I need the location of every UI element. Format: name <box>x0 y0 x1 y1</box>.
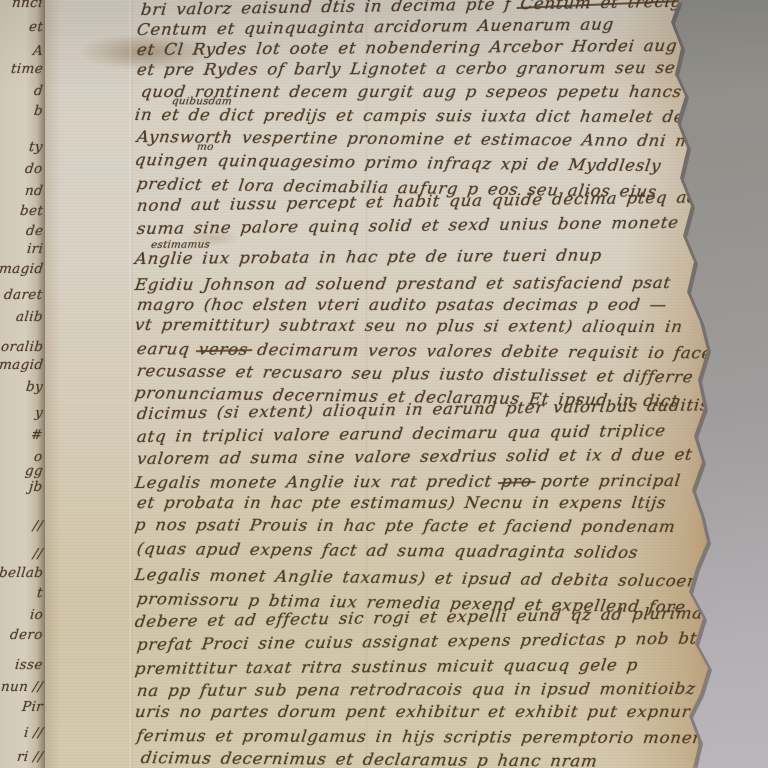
handwritten-line: earuq veros decimarum veros valores debi… <box>136 339 733 363</box>
handwritten-fragment: nd <box>24 183 44 199</box>
handwritten-fragment: i // <box>23 725 44 741</box>
handwritten-fragment: nnci <box>11 0 44 11</box>
handwritten-fragment: A <box>32 43 44 59</box>
interlinear-insertion: quibusdam <box>171 96 232 107</box>
handwritten-fragment: bet <box>19 203 44 219</box>
handwritten-fragment: y <box>34 405 44 421</box>
handwritten-fragment: // <box>32 546 44 562</box>
handwritten-fragment: magid <box>0 261 44 277</box>
handwritten-fragment: time <box>10 61 44 77</box>
photo-frame: nncietAtimedbtydondbetdeirimagiddaretali… <box>0 0 768 768</box>
handwritten-line: Legalis monete Anglie iux rat predict pr… <box>134 471 682 492</box>
handwritten-line: uris no partes dorum pent exhibitur et e… <box>134 702 692 721</box>
handwritten-line: quingen quinquagesimo primo infraqz xpi … <box>134 150 663 175</box>
facing-page-edge: nncietAtimedbtydondbetdeirimagiddaretali… <box>0 0 46 768</box>
interlinear-insertion: mo <box>196 142 214 153</box>
handwritten-fragment: b <box>33 103 44 119</box>
handwritten-fragment: magid <box>0 357 44 373</box>
handwritten-line: prefat Proci sine cuius assignat expens … <box>136 629 698 654</box>
handwritten-line: in et de dict predijs et campis suis iux… <box>134 105 708 126</box>
handwritten-fragment: iri <box>26 241 44 257</box>
fold-crease-left <box>129 0 133 768</box>
handwritten-line: vt premittitur) subtraxt seu no plus si … <box>134 315 684 336</box>
handwritten-line: premittitur taxat ritra sustinus micuit … <box>134 655 639 678</box>
handwritten-fragment: t <box>36 585 44 601</box>
handwritten-fragment: dero <box>9 627 43 643</box>
handwritten-fragment: gg <box>24 463 44 479</box>
handwritten-line: et pre Rydes of barly Lignotet a cerbo g… <box>136 58 717 79</box>
handwritten-fragment: ri // <box>16 749 44 765</box>
handwritten-line: dicimus decernimus et declaramus p hanc … <box>140 748 599 768</box>
handwritten-line: na pp futur sub pena retrodracois qua in… <box>136 679 697 700</box>
handwritten-fragment: isse <box>14 657 43 673</box>
handwritten-fragment: et <box>28 19 44 35</box>
handwritten-fragment: do <box>25 161 44 177</box>
interlinear-insertion: estimamus <box>150 239 210 250</box>
handwritten-line: p nos psati Prouis in hac pte facte et f… <box>134 515 677 536</box>
handwritten-line: atq in triplici valore earund decimaru q… <box>136 421 667 446</box>
handwritten-line: Centum et quinquaginta arcidorum Auenaru… <box>136 15 615 39</box>
handwritten-fragment: by <box>25 379 44 395</box>
handwritten-fragment: # <box>30 427 43 443</box>
handwritten-line: magro (hoc elsten vteri audito psatas de… <box>136 295 668 314</box>
handwritten-fragment: io <box>29 607 44 623</box>
handwritten-fragment: // <box>32 518 44 534</box>
handwritten-line: Anglie iux probata in hac pte de iure tu… <box>134 245 603 268</box>
handwritten-fragment: nun // <box>0 679 44 695</box>
handwritten-line: valorem ad suma sine valore sexdrius sol… <box>136 445 694 468</box>
handwritten-fragment: ty <box>28 139 44 155</box>
handwritten-line: et Cl Rydes lot oote et nobendering Arce… <box>136 36 679 59</box>
handwritten-fragment: jb <box>29 479 44 495</box>
handwritten-fragment: daret <box>4 287 44 303</box>
handwritten-line: Legalis monet Anglie taxamus) et ipsud a… <box>134 565 732 591</box>
handwritten-fragment: Pir <box>21 699 44 715</box>
handwritten-fragment: d <box>33 83 44 99</box>
handwritten-line: Aynsworth vespertine pronomine et estima… <box>136 127 739 151</box>
handwritten-fragment: de <box>25 223 44 239</box>
handwritten-line: recusasse et recusaro seu plus iusto dis… <box>136 361 695 386</box>
handwritten-line: ferimus et promulgamus in hijs scriptis … <box>136 726 753 747</box>
handwritten-line: et probata in hac pte estimamus) Necnu i… <box>136 493 668 512</box>
handwritten-fragment: alib <box>15 309 44 325</box>
handwritten-line: suma sine palore quinq solid et sexd uni… <box>136 213 680 238</box>
handwritten-fragment: oralib <box>0 339 44 355</box>
handwritten-line: Egidiu Johnson ad soluend prestand et sa… <box>134 273 672 294</box>
handwritten-fragment: bellab <box>0 565 44 581</box>
manuscript-page: bri valorz eaisund dtis in decima pte f … <box>45 0 721 768</box>
handwritten-line: (quas apud expens fact ad suma quadragin… <box>136 539 640 562</box>
